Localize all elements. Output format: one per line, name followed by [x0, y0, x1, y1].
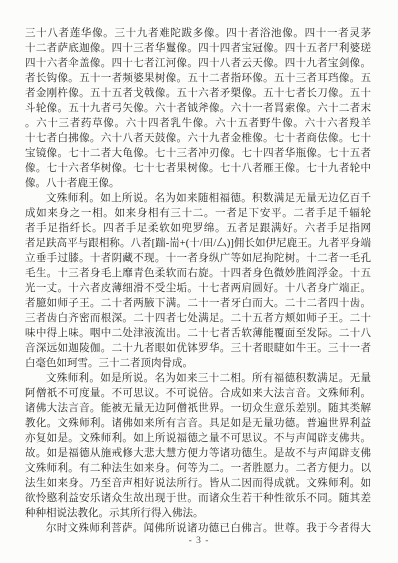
text-line: 十二者萨底迦像。四十三者华鬘像。四十四者宝冠像。四十五者尸利婆瑳像。 — [25, 41, 371, 56]
text-line: 者金刚杵像。五十五者戈戟像。五十六者矛槊像。五十七者长刀像。五十八者 — [25, 86, 371, 101]
text-line: 教化。文殊师利。诸佛如来所有言音。具足如是无量功德。普遍世界利益众生 — [25, 416, 371, 431]
text-line: 斗轮像。五十九者弓矢像。六十者钺斧像。六十一者罥索像。六十二者末稍像 — [25, 101, 371, 116]
text-line: 像。八十者鹿王像。 — [25, 176, 371, 191]
text-line: 十七者白拂像。六十八者天鼓像。六十九者金椎像。七十者商佉像。七十一者 — [25, 131, 371, 146]
text-line: 三者齿白齐密而根深。二十四者七处满足。二十五者方颊如师子王。二十六者 — [25, 311, 371, 326]
text-line: 宝镜像。七十二者大龟像。七十三者冲刃像。七十四者华瓶像。七十五者粉米 — [25, 146, 371, 161]
text-line: 阿僧祇不可度量。不可思议。不可说倍。合成如来大法言音。文殊师利。如是 — [25, 386, 371, 401]
page-number: - 3 - — [0, 536, 398, 546]
text-line: 文殊师利。如上所说。名为如来随相福德。积数满足无量无边亿百千倍合 — [25, 191, 371, 206]
sutra-text-block: 三十八者莲华像。三十九者难陀跋多像。四十者浴池像。四十一者灵茅像。四十二者萨底迦… — [25, 26, 371, 536]
text-line: 尔时文殊师利菩萨。闻佛所说诸功德已白佛言。世尊。我于今者得大善利 — [25, 521, 371, 536]
text-line: 者手足指纤长。四者手足柔软如兜罗绵。五者足跟满好。六者手足指网缦。七 — [25, 221, 371, 236]
text-line: 诸佛大法言音。能被无量无边阿僧祇世界。一切众生意乐差别。随其类解说法 — [25, 401, 371, 416]
text-line: 者臆如师子王。二十者两腋下满。二十一者牙白而大。二十二者四十齿。二十 — [25, 296, 371, 311]
text-line: 亦复如是。文殊师利。如上所说福德之量不可思议。不与声闻辟支佛共。何以 — [25, 431, 371, 446]
text-line: 音深远如迦陵伽。二十九者眼如优钵罗华。三十者眼睫如牛王。三十一者眉间 — [25, 341, 371, 356]
text-line: 毛生。十三者身毛上靡青色柔软而右旋。十四者身色微妙胜阎浮金。十五者身 — [25, 266, 371, 281]
document-page: 三十八者莲华像。三十九者难陀跋多像。四十者浴池像。四十一者灵茅像。四十二者萨底迦… — [0, 0, 398, 563]
text-line: 四十六者伞盖像。四十七者江河像。四十八者云天像。四十九者宝剑像。五十 — [25, 56, 371, 71]
text-line: 白毫色如珂雪。三十二者顶肉骨成。 — [25, 356, 371, 371]
text-line: 光一丈。十六者皮薄细滑不受尘垢。十七者两肩圆好。十八者身广端正。十九 — [25, 281, 371, 296]
text-line: 故。如是福德从施戒修大悲大慧方便力等诸功德生。是故不与声闻辟支佛共。 — [25, 446, 371, 461]
text-line: 。六十三者药草像。六十四者乳牛像。六十五者野牛像。六十六者羖羊像。六 — [25, 116, 371, 131]
text-line: 文殊师利。有二种法生如来身。何等为二。一者胜愿力。二者方便力。以此二 — [25, 461, 371, 476]
text-line: 者足趺高平与跟相称。八者[踹-耑+(十/田/厶)]佣长如伊尼鹿王。九者平身端 — [25, 236, 371, 251]
text-line: 像。七十六者华树像。七十七者果树像。七十八者雁王像。七十九者轮中师子 — [25, 161, 371, 176]
text-line: 法生如来身。乃至音声相好说法所行。皆从二因而得成就。文殊师利。如来为 — [25, 476, 371, 491]
text-line: 欲怜愍利益安乐诸众生故出现于世。而诸众生若干种性欲乐不同。随其差别现 — [25, 491, 371, 506]
text-line: 立垂手过膝。十者阴藏不现。十一者身纵广等如尼拘陀树。十二者一毛孔有一 — [25, 251, 371, 266]
text-line: 味中得上味。咽中二处津液流出。二十七者舌软薄能覆面至发际。二十八者梵 — [25, 326, 371, 341]
text-line: 成如来身之一相。如来身相有三十二。一者足下安平。二者手足千辐轮网。三 — [25, 206, 371, 221]
text-line: 三十八者莲华像。三十九者难陀跋多像。四十者浴池像。四十一者灵茅像。四 — [25, 26, 371, 41]
text-line: 种种相说法教化。示其所行得入佛法。 — [25, 506, 371, 521]
text-line: 者长钩像。五十一者频婆果树像。五十二者指环像。五十三者耳珰像。五十四 — [25, 71, 371, 86]
text-line: 文殊师利。如是所说。名为如来三十二相。所有福德积数满足。无量无边 — [25, 371, 371, 386]
